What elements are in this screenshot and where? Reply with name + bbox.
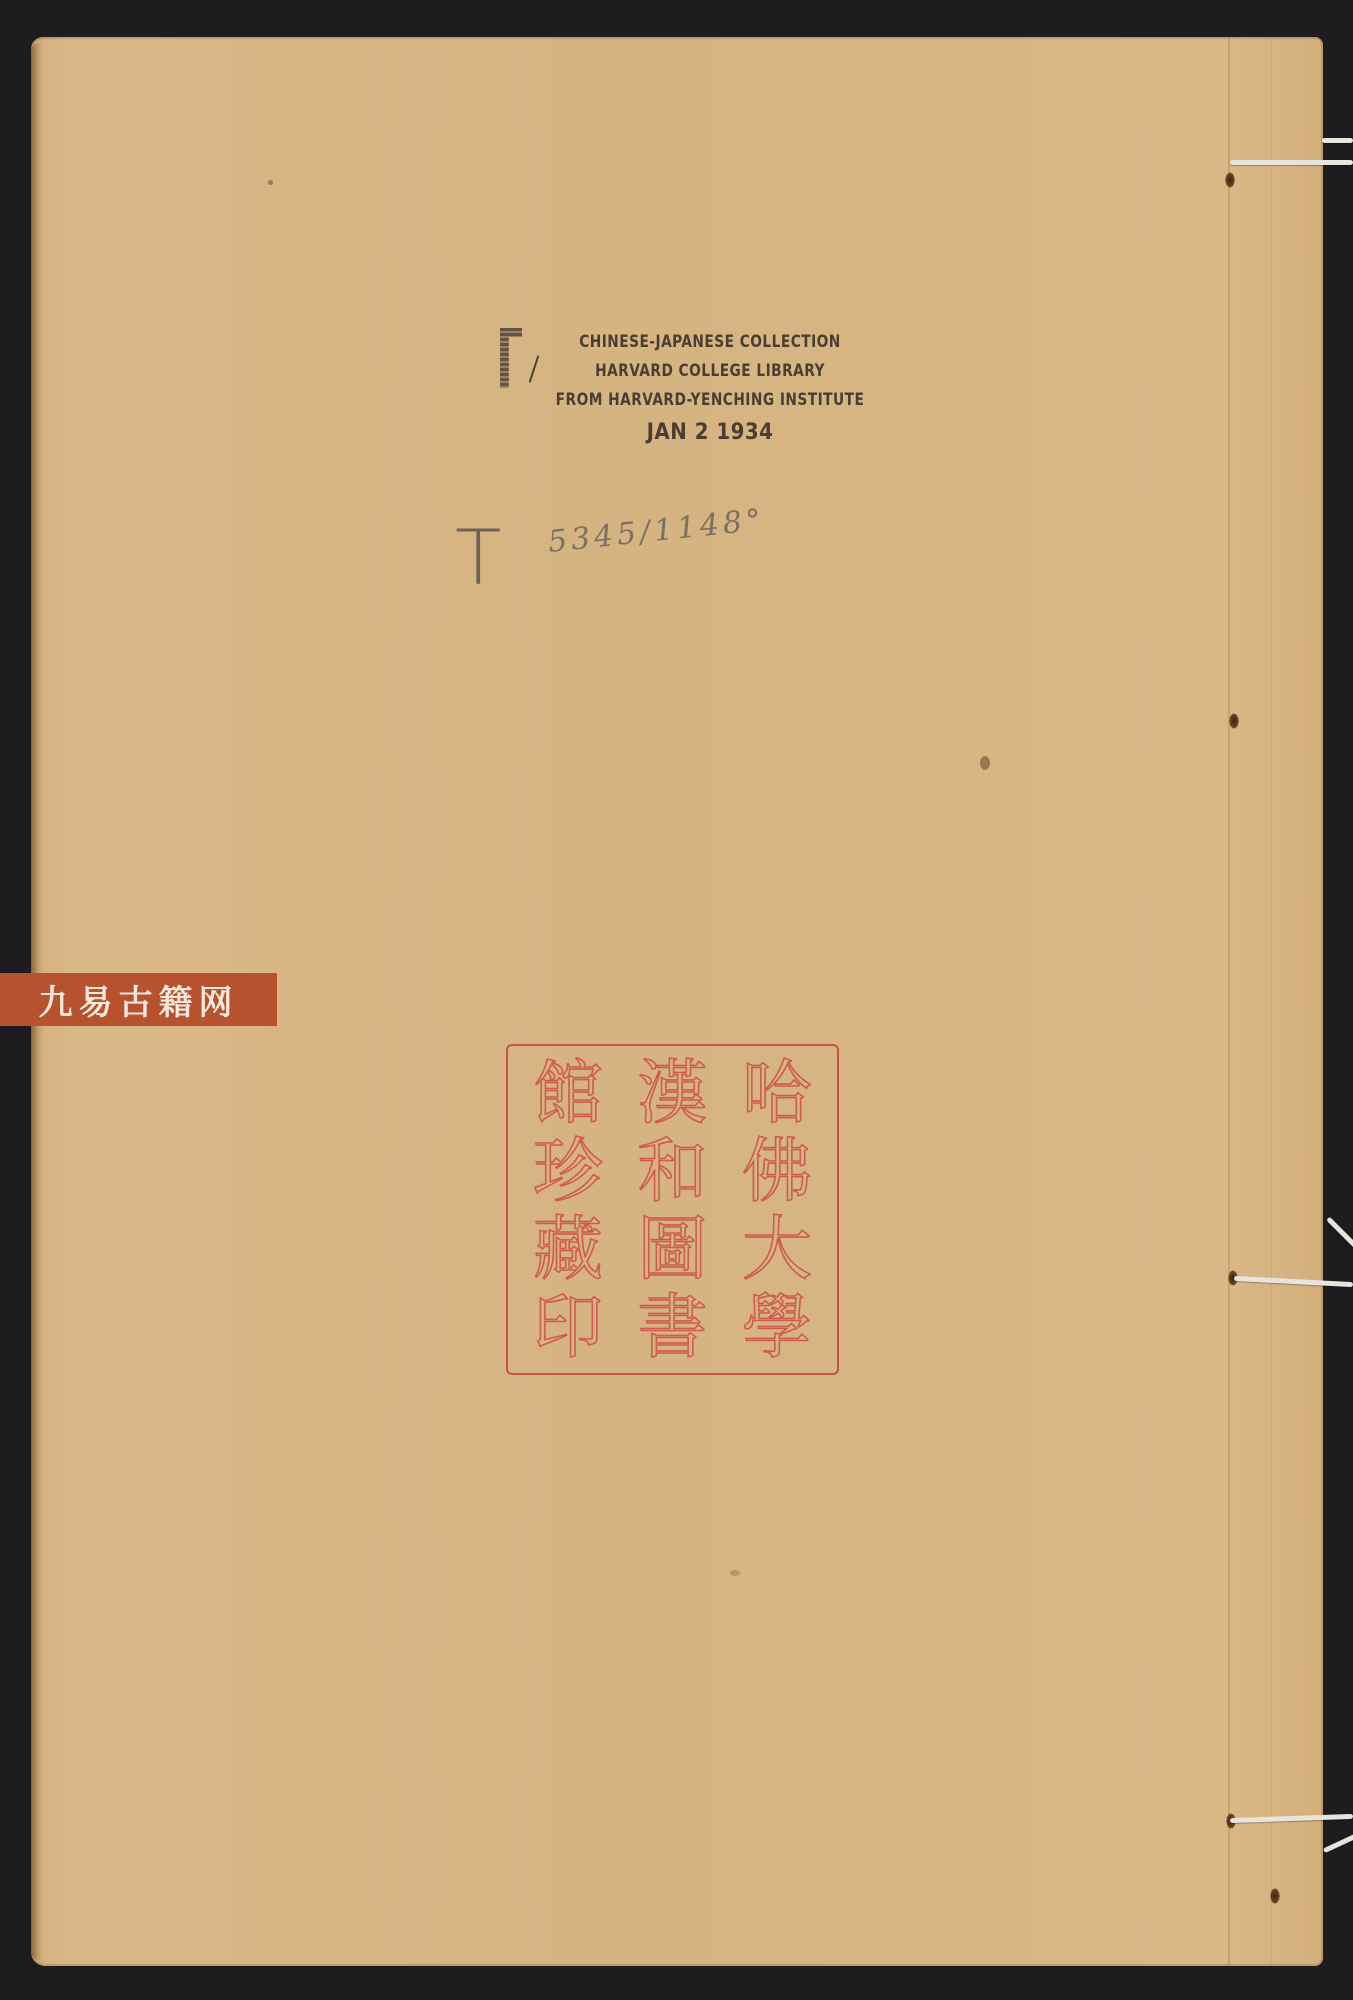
stamp-line-collection: CHINESE-JAPANESE COLLECTION (539, 328, 881, 357)
paper-speck (730, 1570, 740, 1576)
seal-char: 學 (727, 1288, 827, 1366)
seal-char: 圖 (623, 1210, 723, 1288)
binding-thread (1326, 1217, 1353, 1249)
seal-char: 和 (623, 1132, 723, 1210)
watermark-text: 九易古籍网 (39, 975, 239, 1024)
stamp-line-source: FROM HARVARD-YENCHING INSTITUTE (539, 386, 881, 415)
seal-char: 珍 (518, 1132, 618, 1210)
binding-fold-line (1228, 37, 1230, 1966)
binding-hole (1229, 713, 1239, 729)
seal-char: 佛 (727, 1132, 827, 1210)
binding-thread (1322, 138, 1353, 143)
seal-char: 藏 (518, 1210, 618, 1288)
binding-hole (1270, 1888, 1280, 1904)
binding-fold-line (1271, 37, 1272, 1966)
paper-speck (268, 180, 273, 185)
seal-char: 書 (623, 1288, 723, 1366)
seal-char: 哈 (727, 1054, 827, 1132)
seal-column: 館 珍 藏 印 (518, 1054, 618, 1365)
call-number-prefix: T (455, 520, 501, 596)
seal-char: 館 (518, 1054, 618, 1132)
stamp-line-library: HARVARD COLLEGE LIBRARY (539, 357, 881, 386)
library-seal: 哈 佛 大 學 漢 和 圖 書 館 珍 藏 印 (506, 1044, 839, 1375)
seal-char: 漢 (623, 1054, 723, 1132)
seal-char: 大 (727, 1210, 827, 1288)
seal-column: 漢 和 圖 書 (623, 1054, 723, 1365)
seal-char: 印 (518, 1288, 618, 1366)
binding-thread (1323, 1832, 1353, 1853)
seal-column: 哈 佛 大 學 (727, 1054, 827, 1365)
site-watermark: 九易古籍网 (0, 973, 277, 1026)
paper-speck (980, 756, 990, 770)
binding-thread (1230, 160, 1353, 165)
library-stamp: CHINESE-JAPANESE COLLECTION HARVARD COLL… (520, 328, 900, 449)
binding-hole (1225, 172, 1235, 188)
stamp-date: JAN 2 1934 (520, 417, 900, 449)
